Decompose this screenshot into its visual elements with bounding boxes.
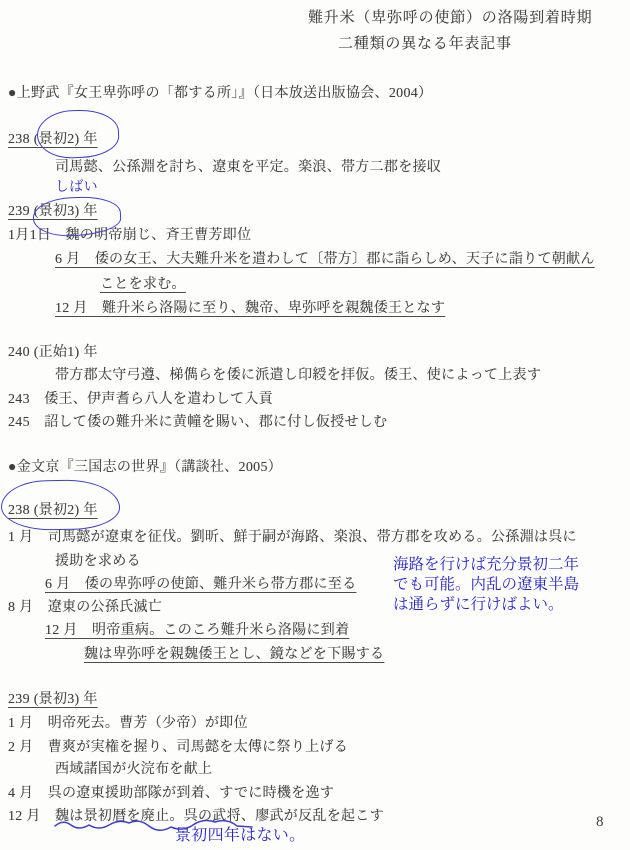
- year-heading-239-ueno: 239 (景初3) 年: [8, 202, 98, 222]
- event-239-jun-cont-ueno: ことを求む。: [100, 275, 186, 295]
- event-239-jan-ueno: 1月1日 魏の明帝崩じ、斉王曹芳即位: [8, 226, 251, 246]
- year-heading-239-kin: 239 (景初3) 年: [8, 690, 98, 710]
- document-page: 難升米（卑弥呼の使節）の洛陽到着時期 二種類の異なる年表記事 ●上野武『女王卑弥…: [0, 0, 630, 850]
- year-heading-238-kin: 238 (景初2) 年: [8, 501, 98, 521]
- event-239-feb-kin: 2 月 曹爽が実権を握り、司馬懿を太傅に祭り上げる: [8, 738, 348, 758]
- year-heading-238-ueno: 238 (景初2) 年: [8, 130, 98, 150]
- event-243-ueno: 243 倭王、伊声耆ら八人を遣わして入貢: [8, 390, 273, 410]
- handwritten-furigana-shibai: しばい: [55, 178, 98, 198]
- margin-note-line: 海路を行けば充分景初二年: [393, 555, 579, 575]
- event-238-dec-kin: 12 月 明帝重病。このころ難升米ら洛陽に到着: [45, 621, 349, 641]
- margin-annotation-note: 海路を行けば充分景初二年 でも可能。内乱の遼東半島 は通らずに行けばよい。: [393, 555, 579, 615]
- page-number: 8: [596, 814, 604, 831]
- margin-note-line: は通らずに行けばよい。: [393, 595, 579, 615]
- event-238-jun-kin: 6 月 倭の卑弥呼の使節、難升米ら帯方郡に至る: [45, 575, 356, 595]
- event-239-apr-kin: 4 月 呉の遼東援助部隊が到着、すでに時機を逸す: [8, 784, 334, 804]
- event-238-aug-kin: 8 月 遼東の公孫氏滅亡: [8, 598, 162, 618]
- event-239-dec-ueno: 12 月 難升米ら洛陽に至り、魏帝、卑弥呼を親魏倭王となす: [55, 299, 445, 319]
- wavy-underline-annotation: [53, 818, 255, 834]
- event-239-jun-ueno: 6 月 倭の女王、大夫難升米を遣わして〔帯方〕郡に詣らしめ、天子に詣りて朝献ん: [55, 250, 595, 270]
- margin-note-line: でも可能。内乱の遼東半島: [393, 575, 579, 595]
- event-245-ueno: 245 詔して倭の難升米に黄幢を賜い、郡に付し仮授せしむ: [8, 413, 387, 433]
- event-240-ueno: 帯方郡太守弓遵、梯儁らを倭に派遣し印綬を拝仮。倭王、使によって上表す: [55, 366, 541, 386]
- event-238-ueno: 司馬懿、公孫淵を討ち、遼東を平定。楽浪、帯方二郡を接収: [55, 158, 441, 178]
- event-238-jan-cont-kin: 援助を求める: [55, 552, 141, 572]
- title-line-1: 難升米（卑弥呼の使節）の洛陽到着時期: [308, 8, 592, 28]
- title-line-2: 二種類の異なる年表記事: [338, 34, 512, 54]
- event-239-feb-cont-kin: 西域諸国が火浣布を献上: [55, 760, 212, 780]
- event-238-dec-cont-kin: 魏は卑弥呼を親魏倭王とし、鏡などを下賜する: [84, 645, 384, 665]
- event-238-jan-kin: 1 月 司馬懿が遼東を征伐。劉昕、鮮于嗣が海路、楽浪、帯方郡を攻める。公孫淵は呉…: [8, 528, 577, 548]
- source-heading-kin: ●金文京『三国志の世界』（講談社、2005）: [8, 458, 282, 478]
- year-heading-240-ueno: 240 (正始1) 年: [8, 343, 98, 363]
- source-heading-ueno: ●上野武『女王卑弥呼の「都する所」』（日本放送出版協会、2004）: [8, 84, 432, 104]
- event-239-jan-kin: 1 月 明帝死去。曹芳（少帝）が即位: [8, 714, 248, 734]
